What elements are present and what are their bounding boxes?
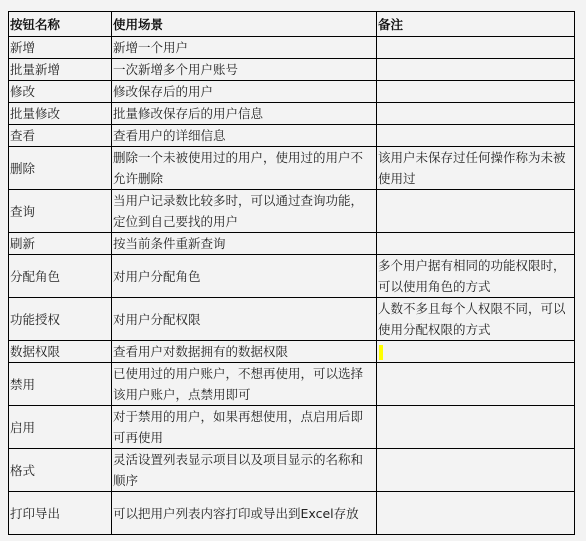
header-usage-scene: 使用场景 bbox=[112, 12, 377, 37]
cell-button-name: 禁用 bbox=[9, 363, 112, 406]
cell-usage-scene: 对用户分配角色 bbox=[112, 255, 377, 298]
cell-button-name: 删除 bbox=[9, 147, 112, 190]
cell-button-name: 功能授权 bbox=[9, 298, 112, 341]
table-container: 按钮名称 使用场景 备注 新增 新增一个用户 批量新增 一次新增多个用户账号 修… bbox=[8, 11, 575, 535]
cell-usage-scene: 已使用过的用户账户，不想再使用，可以选择该用户账户，点禁用即可 bbox=[112, 363, 377, 406]
cell-remark bbox=[377, 125, 575, 147]
table-row: 批量修改 批量修改保存后的用户信息 bbox=[9, 103, 575, 125]
cell-remark bbox=[377, 406, 575, 449]
cell-remark bbox=[377, 103, 575, 125]
text-cursor-highlight bbox=[379, 345, 383, 360]
cell-remark bbox=[377, 59, 575, 81]
cell-button-name: 格式 bbox=[9, 449, 112, 492]
cell-remark bbox=[377, 190, 575, 233]
table-row: 功能授权 对用户分配权限 人数不多且每个人权限不同，可以使用分配权限的方式 bbox=[9, 298, 575, 341]
table-row: 打印导出 可以把用户列表内容打印或导出到Excel存放 bbox=[9, 492, 575, 535]
cell-usage-scene: 批量修改保存后的用户信息 bbox=[112, 103, 377, 125]
cell-remark bbox=[377, 363, 575, 406]
table-row: 刷新 按当前条件重新查询 bbox=[9, 233, 575, 255]
cell-usage-scene: 新增一个用户 bbox=[112, 37, 377, 59]
cell-usage-scene: 查看用户的详细信息 bbox=[112, 125, 377, 147]
cell-button-name: 刷新 bbox=[9, 233, 112, 255]
cell-remark bbox=[377, 37, 575, 59]
cell-button-name: 查看 bbox=[9, 125, 112, 147]
header-remark: 备注 bbox=[377, 12, 575, 37]
cell-remark bbox=[377, 449, 575, 492]
cell-button-name: 打印导出 bbox=[9, 492, 112, 535]
cell-button-name: 批量新增 bbox=[9, 59, 112, 81]
header-button-name: 按钮名称 bbox=[9, 12, 112, 37]
cell-usage-scene: 修改保存后的用户 bbox=[112, 81, 377, 103]
cell-usage-scene: 可以把用户列表内容打印或导出到Excel存放 bbox=[112, 492, 377, 535]
cell-remark: 多个用户据有相同的功能权限时，可以使用角色的方式 bbox=[377, 255, 575, 298]
cell-usage-scene: 查看用户对数据拥有的数据权限 bbox=[112, 341, 377, 363]
table-row: 格式 灵活设置列表显示项目以及项目显示的名称和顺序 bbox=[9, 449, 575, 492]
table-row: 批量新增 一次新增多个用户账号 bbox=[9, 59, 575, 81]
cell-usage-scene: 对于禁用的用户，如果再想使用，点启用后即可再使用 bbox=[112, 406, 377, 449]
cell-remark bbox=[377, 492, 575, 535]
cell-remark bbox=[377, 81, 575, 103]
cell-remark: 该用户未保存过任何操作称为未被使用过 bbox=[377, 147, 575, 190]
table-row: 启用 对于禁用的用户，如果再想使用，点启用后即可再使用 bbox=[9, 406, 575, 449]
button-usage-table: 按钮名称 使用场景 备注 新增 新增一个用户 批量新增 一次新增多个用户账号 修… bbox=[8, 11, 575, 535]
cell-button-name: 批量修改 bbox=[9, 103, 112, 125]
cell-button-name: 新增 bbox=[9, 37, 112, 59]
table-row: 禁用 已使用过的用户账户，不想再使用，可以选择该用户账户，点禁用即可 bbox=[9, 363, 575, 406]
cell-button-name: 数据权限 bbox=[9, 341, 112, 363]
cell-button-name: 查询 bbox=[9, 190, 112, 233]
cell-button-name: 启用 bbox=[9, 406, 112, 449]
table-row: 修改 修改保存后的用户 bbox=[9, 81, 575, 103]
table-row: 分配角色 对用户分配角色 多个用户据有相同的功能权限时，可以使用角色的方式 bbox=[9, 255, 575, 298]
table-row: 查询 当用户记录数比较多时，可以通过查询功能，定位到自己要找的用户 bbox=[9, 190, 575, 233]
cell-usage-scene: 按当前条件重新查询 bbox=[112, 233, 377, 255]
cell-usage-scene: 当用户记录数比较多时，可以通过查询功能，定位到自己要找的用户 bbox=[112, 190, 377, 233]
cell-remark: 人数不多且每个人权限不同，可以使用分配权限的方式 bbox=[377, 298, 575, 341]
table-row: 新增 新增一个用户 bbox=[9, 37, 575, 59]
cell-remark[interactable] bbox=[377, 341, 575, 363]
table-header-row: 按钮名称 使用场景 备注 bbox=[9, 12, 575, 37]
cell-button-name: 分配角色 bbox=[9, 255, 112, 298]
table-row: 删除 删除一个未被使用过的用户，使用过的用户不允许删除 该用户未保存过任何操作称… bbox=[9, 147, 575, 190]
cell-usage-scene: 灵活设置列表显示项目以及项目显示的名称和顺序 bbox=[112, 449, 377, 492]
cell-usage-scene: 删除一个未被使用过的用户，使用过的用户不允许删除 bbox=[112, 147, 377, 190]
cell-button-name: 修改 bbox=[9, 81, 112, 103]
table-row: 查看 查看用户的详细信息 bbox=[9, 125, 575, 147]
cell-usage-scene: 对用户分配权限 bbox=[112, 298, 377, 341]
cell-remark bbox=[377, 233, 575, 255]
table-row: 数据权限 查看用户对数据拥有的数据权限 bbox=[9, 341, 575, 363]
cell-usage-scene: 一次新增多个用户账号 bbox=[112, 59, 377, 81]
